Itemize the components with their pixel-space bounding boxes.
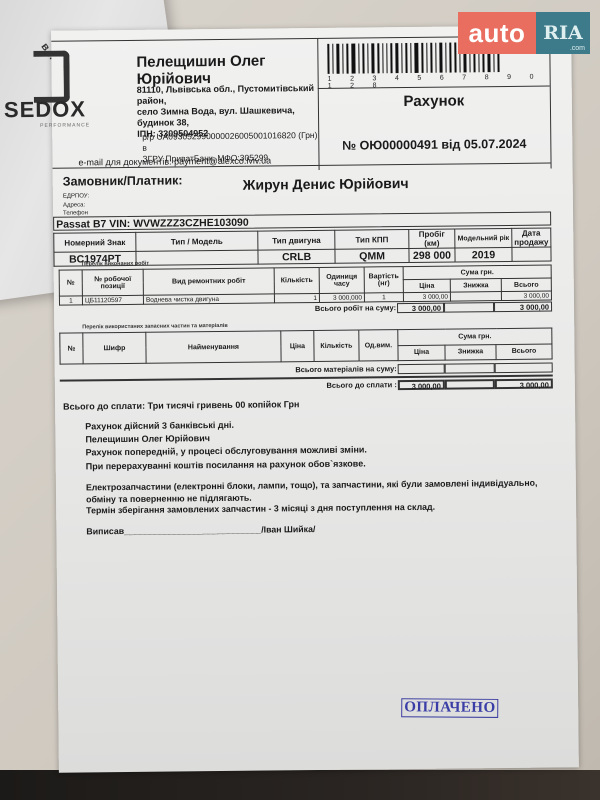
works-total-price: 3 000,00 [397, 303, 444, 313]
vehicle-header: Номерний Знак [54, 232, 136, 252]
cell-no: 1 [59, 296, 82, 305]
brand-name: SEDOX [4, 96, 86, 123]
customer-field-address: Адреса: [63, 201, 89, 210]
vehicle-header: Тип двигуна [258, 230, 336, 250]
watermark-ria: RIA .com [536, 12, 590, 54]
parts-caption: Перелік використаних запасних частин та … [82, 323, 228, 331]
watermark-ria-text: RIA [543, 22, 582, 44]
parts-header: Найменування [146, 331, 281, 363]
cell-cost: 1 [364, 293, 403, 302]
cell-price: 3 000,00 [403, 292, 450, 301]
invoice-document: SEDOX PERFORMANCE Пелещишин Олег Юрійови… [51, 25, 579, 772]
parts-total-sum [495, 363, 553, 374]
invoice-title: Рахунок [318, 92, 550, 111]
paid-stamp: ОПЛАЧЕНО [401, 698, 499, 718]
parts-header: Всього [496, 344, 552, 360]
parts-total-price [398, 364, 445, 374]
parts-header: Знижка [445, 344, 496, 360]
vehicle-header: Пробіг (км) [409, 229, 456, 248]
brand-sub: PERFORMANCE [40, 122, 90, 129]
amount-in-words: Всього до сплати: Три тисячі гривень 00 … [63, 399, 299, 411]
parts-header: Од.вим. [359, 330, 398, 361]
works-header: Знижка [450, 279, 501, 293]
works-total-sum: 3 000,00 [494, 302, 552, 313]
customer-name: Жирун Денис Юрійович [243, 175, 409, 193]
grand-total-sum: 3 000,00 [495, 379, 553, 390]
works-caption: Перелік виконаних робіт [82, 261, 150, 268]
customer-fields: ЕДРПОУ: Адреса: Телефон [63, 192, 90, 218]
works-header: Одиниця часу [319, 267, 364, 293]
vehicle-gearbox: QMM [335, 249, 409, 264]
works-header: Вид ремонтних робіт [143, 268, 274, 295]
barcode-digits: 1 2 3 4 5 6 7 8 9 0 1 2 8 [328, 74, 550, 90]
signature-label: Виписав [86, 526, 124, 536]
customer-label: Замовник/Платник: [63, 173, 183, 188]
grand-total-label: Всього до сплати : [235, 380, 397, 391]
signature-line: Виписав____________________________/Іван… [86, 524, 315, 536]
brand-logo: SEDOX PERFORMANCE [3, 50, 114, 131]
works-total-discount [444, 302, 494, 313]
parts-header: № [60, 333, 83, 364]
address-line: 81110, Львівська обл., Пустомитівський р… [137, 83, 327, 107]
seller-block: SEDOX PERFORMANCE Пелещишин Олег Юрійови… [51, 28, 317, 171]
cell-work-name: Воднева чистка двигуна [143, 294, 274, 304]
vehicle-mileage: 298 000 [409, 248, 456, 262]
parts-total-discount [445, 363, 495, 374]
invoice-notes: Рахунок дійсний 3 банківські дні. Пелещи… [85, 417, 367, 473]
cell-unit: 3 000,000 [319, 293, 364, 302]
parts-table: № Шифр Найменування Ціна Кількість Од.ви… [59, 328, 552, 365]
vehicle-header: Тип КПП [335, 230, 409, 250]
address-line: село Зимна Вода, вул. Шашкевича, будинок… [137, 105, 327, 129]
works-header: № [59, 270, 82, 296]
parts-header: Ціна [281, 331, 314, 362]
parts-header: Ціна [398, 345, 445, 361]
bank-account: р/р UA093052990000026005001016820 (Грн) … [142, 130, 322, 154]
parts-header: Кількість [314, 330, 359, 361]
works-header: № робочої позиції [82, 269, 143, 296]
grand-total-discount [445, 379, 495, 390]
vehicle-header: Модельний рік [455, 228, 512, 248]
vehicle-sale-date [512, 247, 551, 261]
vehicle-header: Дата продажу [512, 228, 551, 247]
vehicle-engine: CRLB [258, 249, 336, 264]
vehicle-header: Тип / Модель [136, 231, 258, 251]
works-header: Вартість (нг) [364, 267, 403, 293]
customer-field-edrpou: ЕДРПОУ: [63, 192, 89, 201]
parts-header: Сума грн. [398, 328, 552, 345]
works-table: № № робочої позиції Вид ремонтних робіт … [59, 265, 552, 306]
background-table [0, 770, 600, 800]
autoria-watermark: auto RIA .com [458, 12, 590, 54]
watermark-auto: auto [458, 12, 536, 54]
return-policy: Електрозапчастини (електронні блоки, лам… [86, 478, 538, 517]
works-header: Кількість [274, 267, 319, 293]
invoice-number: № ОЮ00000491 від 05.07.2024 [318, 137, 550, 153]
cell-discount [450, 292, 501, 302]
cell-total: 3 000,00 [501, 291, 551, 301]
signature-blank: ____________________________ [124, 525, 261, 536]
vehicle-model [136, 250, 258, 265]
watermark-domain: .com [570, 45, 585, 52]
note-line: При перерахуванні коштів посилання на ра… [86, 457, 367, 473]
cell-position: ЦБ11120597 [82, 295, 143, 305]
works-header: Всього [501, 278, 551, 292]
works-total-label: Всього робіт на суму: [234, 303, 396, 314]
parts-total-label: Всього матеріалів на суму: [215, 364, 397, 375]
cell-qty: 1 [274, 293, 319, 302]
parts-header: Шифр [83, 332, 146, 364]
grand-total-price: 3 000,00 [398, 380, 445, 390]
works-header: Ціна [403, 279, 450, 292]
brand-logo-icon [33, 51, 70, 103]
signature-name: /Іван Шийка/ [261, 524, 315, 535]
vehicle-year: 2019 [455, 247, 512, 262]
